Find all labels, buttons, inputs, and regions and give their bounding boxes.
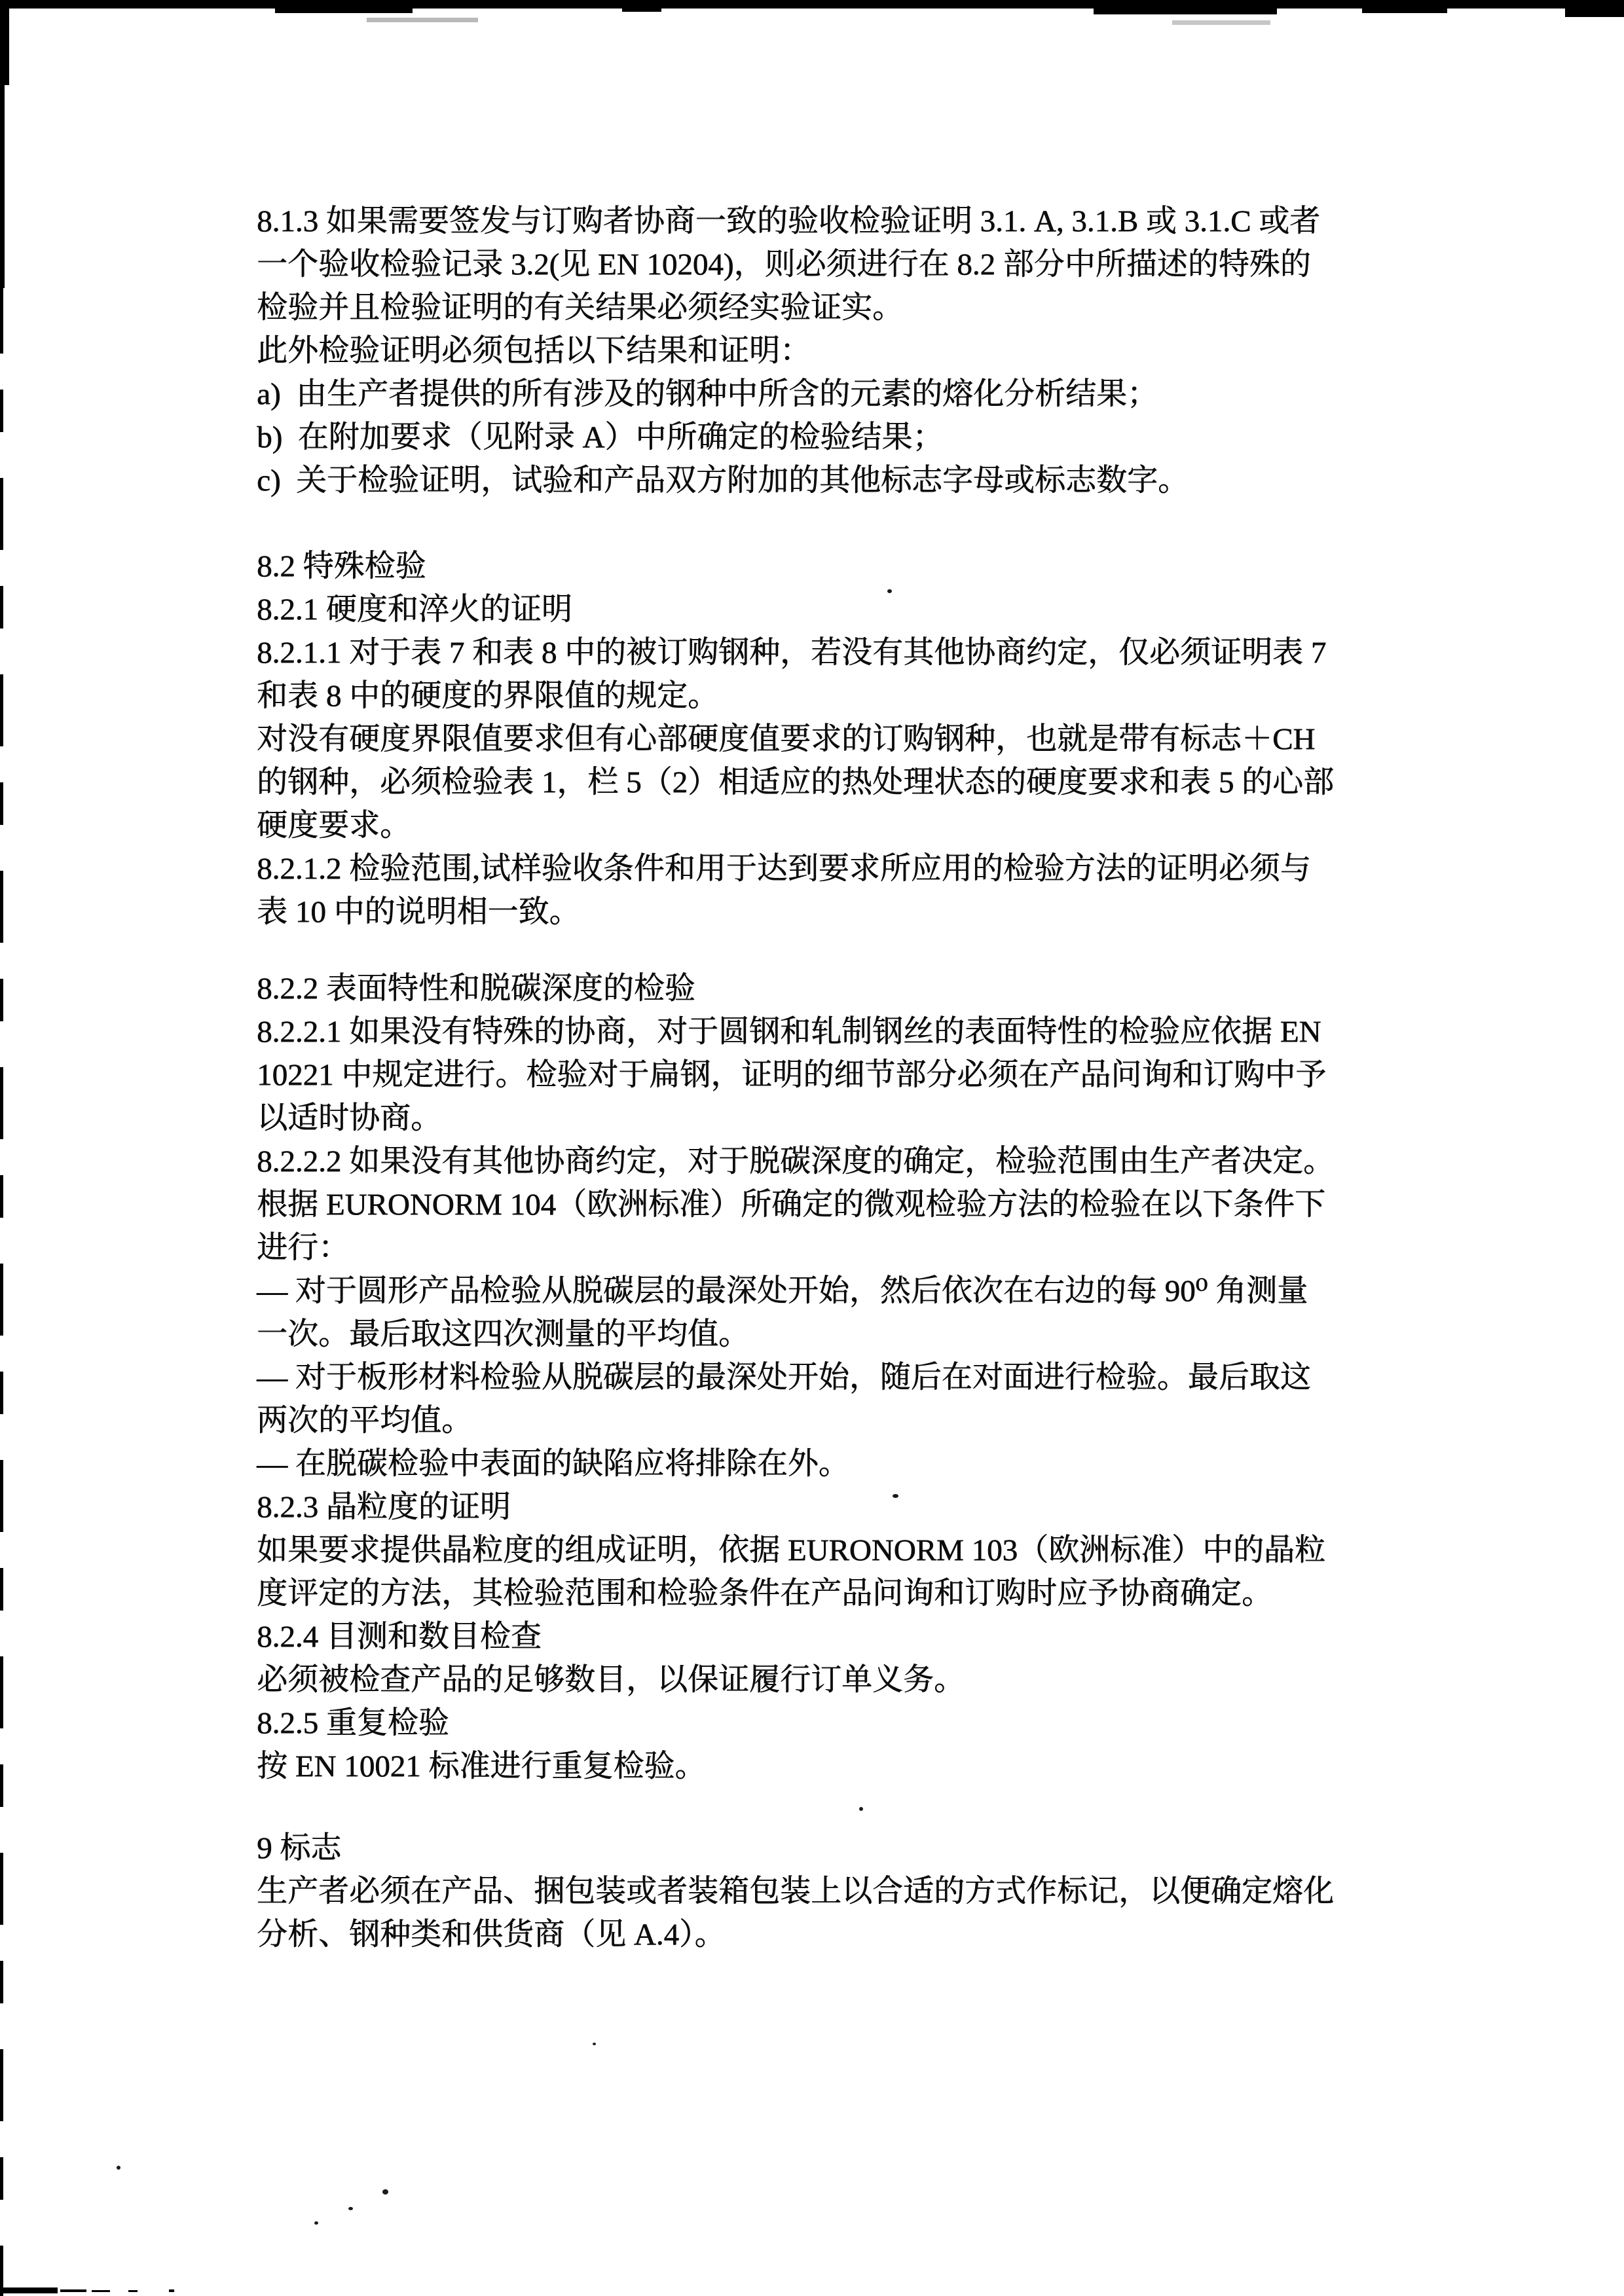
text-line: a) 由生产者提供的所有涉及的钢种中所含的元素的熔化分析结果； — [257, 373, 1416, 416]
text-line: 根据 EURONORM 104（欧洲标准）所确定的微观检验方法的检验在以下条件下 — [257, 1183, 1416, 1226]
scan-top-edge-smudge — [1172, 20, 1270, 25]
text-line: — 对于圆形产品检验从脱碳层的最深处开始，然后依次在右边的每 90⁰ 角测量 — [257, 1269, 1416, 1313]
document-text: 8.1.3 如果需要签发与订购者协商一致的验收检验证明 3.1. A, 3.1.… — [257, 200, 1416, 1956]
text-line: 8.2.1.2 检验范围,试样验收条件和用于达到要求所应用的检验方法的证明必须与 — [257, 847, 1416, 890]
scan-top-edge-band — [0, 0, 1624, 9]
text-line: — 在脱碳检验中表面的缺陷应将排除在外。 — [257, 1442, 1416, 1485]
text-line: 8.2.1 硬度和淬火的证明 — [257, 588, 1416, 631]
text-line: 硬度要求。 — [257, 804, 1416, 847]
scan-speck — [314, 2221, 318, 2225]
text-line: 以适时协商。 — [257, 1097, 1416, 1140]
scan-bottom-left-bar — [0, 2287, 58, 2293]
scan-bottom-edge-dash — [92, 2290, 110, 2292]
paragraph-clause-8-2-2-surface-and-decarburization: 8.2.2 表面特性和脱碳深度的检验 8.2.2.1 如果没有特殊的协商，对于圆… — [257, 967, 1416, 1788]
scan-bottom-edge-dot — [169, 2289, 174, 2292]
paragraph-clause-8-1-3: 8.1.3 如果需要签发与订购者协商一致的验收检验证明 3.1. A, 3.1.… — [257, 200, 1416, 502]
scan-top-edge-dash — [275, 9, 413, 13]
scan-speck — [117, 2166, 120, 2170]
text-line: 8.2.2.2 如果没有其他协商约定，对于脱碳深度的确定，检验范围由生产者决定。 — [257, 1140, 1416, 1183]
text-line: b) 在附加要求（见附录 A）中所确定的检验结果； — [257, 416, 1416, 459]
text-line: 一个验收检验记录 3.2(见 EN 10204)，则必须进行在 8.2 部分中所… — [257, 243, 1416, 286]
text-line: 此外检验证明必须包括以下结果和证明： — [257, 329, 1416, 373]
text-line: 8.2.1.1 对于表 7 和表 8 中的被订购钢种，若没有其他协商约定，仅必须… — [257, 631, 1416, 674]
text-line: 对没有硬度界限值要求但有心部硬度值要求的订购钢种，也就是带有标志＋CH — [257, 718, 1416, 761]
text-line: 分析、钢种类和供货商（见 A.4）。 — [257, 1913, 1416, 1956]
text-line: 8.2.2 表面特性和脱碳深度的检验 — [257, 967, 1416, 1010]
scan-left-edge-line — [0, 0, 5, 288]
text-line: 9 标志 — [257, 1827, 1416, 1870]
text-line: 两次的平均值。 — [257, 1399, 1416, 1442]
text-line: 如果要求提供晶粒度的组成证明，依据 EURONORM 103（欧洲标准）中的晶粒 — [257, 1529, 1416, 1572]
text-line: 进行： — [257, 1226, 1416, 1269]
text-line: 和表 8 中的硬度的界限值的规定。 — [257, 674, 1416, 718]
text-line: 8.2.5 重复检验 — [257, 1702, 1416, 1745]
text-line: 8.2.3 晶粒度的证明 — [257, 1485, 1416, 1529]
scan-top-edge-dash — [622, 9, 661, 12]
text-line: 按 EN 10021 标准进行重复检验。 — [257, 1745, 1416, 1788]
text-line: 的钢种，必须检验表 1，栏 5（2）相适应的热处理状态的硬度要求和表 5 的心部 — [257, 761, 1416, 804]
paragraph-clause-8-2-special-inspection: 8.2 特殊检验 8.2.1 硬度和淬火的证明 8.2.1.1 对于表 7 和表… — [257, 545, 1416, 934]
text-line: 检验并且检验证明的有关结果必须经实验证实。 — [257, 286, 1416, 329]
scan-bottom-edge-dash — [60, 2289, 86, 2292]
text-line: — 对于板形材料检验从脱碳层的最深处开始，随后在对面进行检验。最后取这 — [257, 1356, 1416, 1399]
scan-speck — [593, 2043, 596, 2045]
text-line: 生产者必须在产品、捆包装或者装箱包装上以合适的方式作标记，以便确定熔化 — [257, 1870, 1416, 1913]
text-line: 8.1.3 如果需要签发与订购者协商一致的验收检验证明 3.1. A, 3.1.… — [257, 200, 1416, 243]
text-line: 10221 中规定进行。检验对于扁钢，证明的细节部分必须在产品问询和订购中予 — [257, 1053, 1416, 1097]
text-line: 度评定的方法，其检验范围和检验条件在产品问询和订购时应予协商确定。 — [257, 1572, 1416, 1615]
text-line: 一次。最后取这四次测量的平均值。 — [257, 1313, 1416, 1356]
text-line: 8.2.2.1 如果没有特殊的协商，对于圆钢和轧制钢丝的表面特性的检验应依据 E… — [257, 1010, 1416, 1053]
scan-bottom-edge-dash — [128, 2290, 138, 2292]
text-line: 8.2 特殊检验 — [257, 545, 1416, 588]
scan-speck — [348, 2207, 353, 2210]
text-line: 表 10 中的说明相一致。 — [257, 890, 1416, 934]
scan-top-edge-dash — [1094, 9, 1277, 14]
text-line: 必须被检查产品的足够数目，以保证履行订单义务。 — [257, 1658, 1416, 1702]
scan-top-edge-smudge — [367, 18, 478, 22]
scan-left-edge-dashed-line — [0, 282, 3, 2252]
scan-speck — [382, 2189, 388, 2195]
text-line: 8.2.4 目测和数目检查 — [257, 1615, 1416, 1658]
text-line: c) 关于检验证明，试验和产品双方附加的其他标志字母或标志数字。 — [257, 459, 1416, 502]
paragraph-clause-9-marking: 9 标志 生产者必须在产品、捆包装或者装箱包装上以合适的方式作标记，以便确定熔化… — [257, 1827, 1416, 1956]
scan-top-edge-dash — [1362, 9, 1447, 13]
scanned-document-page: 8.1.3 如果需要签发与订购者协商一致的验收检验证明 3.1. A, 3.1.… — [0, 0, 1624, 2296]
scan-top-edge-blob — [1565, 0, 1624, 17]
